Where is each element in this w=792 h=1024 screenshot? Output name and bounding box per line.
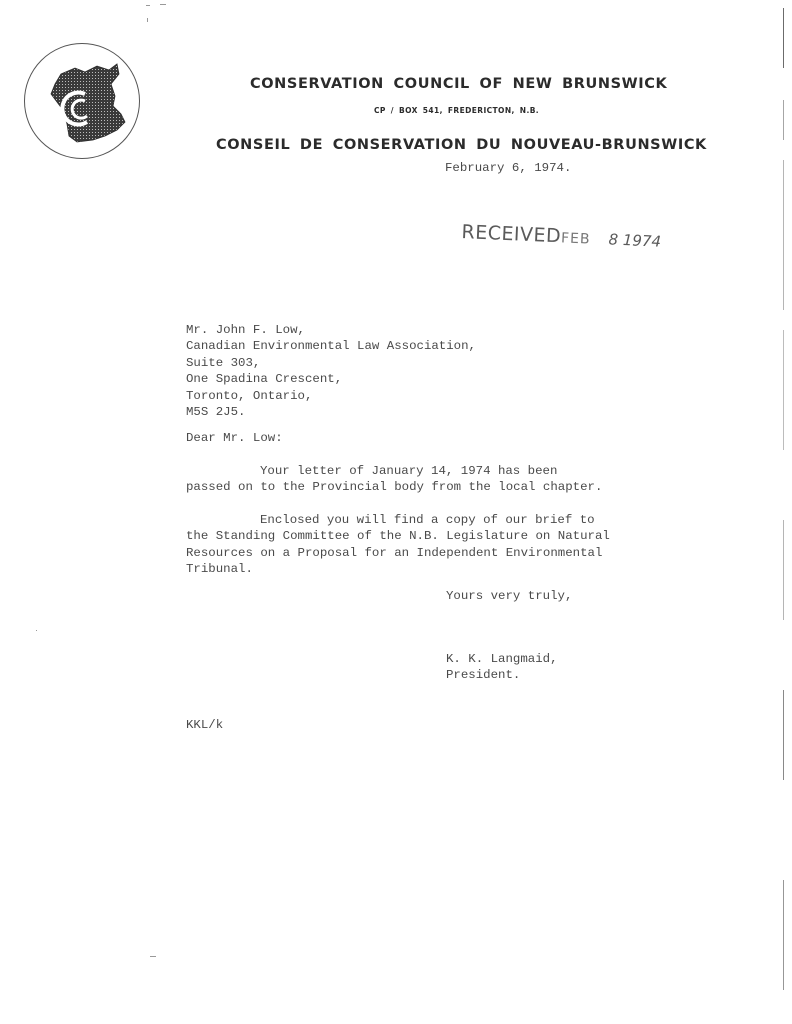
paragraph-line: Enclosed you will find a copy of our bri…	[260, 513, 595, 527]
scan-edge-mark	[783, 520, 784, 620]
letterhead-org-name-french: CONSEIL DE CONSERVATION DU NOUVEAU-BRUNS…	[216, 137, 707, 153]
scan-edge-mark	[783, 690, 784, 780]
scan-speck	[36, 630, 37, 631]
paragraph-line: passed on to the Provincial body from th…	[186, 479, 602, 495]
received-stamp: RECEIVEDFEB8 1974	[461, 221, 662, 252]
received-stamp-date: 8 1974	[608, 230, 661, 250]
scan-edge-mark	[783, 100, 784, 140]
signer-name: K. K. Langmaid,	[446, 651, 558, 667]
scan-speck	[150, 956, 156, 957]
new-brunswick-map-icon	[25, 44, 141, 160]
scan-edge-mark	[783, 330, 784, 450]
body-paragraph-1: Your letter of January 14, 1974 has been…	[186, 463, 602, 496]
scan-speck	[160, 4, 166, 5]
recipient-line: Canadian Environmental Law Association,	[186, 338, 476, 354]
received-stamp-month: FEB	[561, 230, 591, 247]
recipient-line: Suite 303,	[186, 355, 476, 371]
letterhead-address: CP / BOX 541, FREDERICTON, N.B.	[374, 106, 539, 115]
received-stamp-label: RECEIVED	[461, 221, 562, 247]
scan-edge-mark	[783, 880, 784, 990]
closing: Yours very truly,	[446, 588, 572, 604]
scan-edge-mark	[783, 8, 784, 68]
recipient-line: Mr. John F. Low,	[186, 322, 476, 338]
paragraph-line: Your letter of January 14, 1974 has been	[260, 464, 557, 478]
recipient-line: M5S 2J5.	[186, 404, 476, 420]
letter-date: February 6, 1974.	[445, 160, 571, 176]
letterhead-org-name-english: CONSERVATION COUNCIL OF NEW BRUNSWICK	[250, 76, 667, 92]
signature-block: K. K. Langmaid,President.	[446, 651, 558, 684]
letter-page: CONSERVATION COUNCIL OF NEW BRUNSWICK CP…	[0, 0, 792, 1024]
scan-speck	[147, 18, 148, 22]
organization-logo	[24, 43, 140, 159]
paragraph-line: the Standing Committee of the N.B. Legis…	[186, 528, 610, 544]
salutation: Dear Mr. Low:	[186, 430, 283, 446]
scan-speck	[146, 5, 150, 6]
signer-title: President.	[446, 667, 558, 683]
paragraph-line: Tribunal.	[186, 561, 610, 577]
recipient-line: Toronto, Ontario,	[186, 388, 476, 404]
scan-edge-mark	[783, 160, 784, 310]
paragraph-line: Resources on a Proposal for an Independe…	[186, 545, 610, 561]
recipient-address: Mr. John F. Low,Canadian Environmental L…	[186, 322, 476, 420]
reference-initials: KKL/k	[186, 717, 223, 733]
recipient-line: One Spadina Crescent,	[186, 371, 476, 387]
body-paragraph-2: Enclosed you will find a copy of our bri…	[186, 512, 610, 578]
